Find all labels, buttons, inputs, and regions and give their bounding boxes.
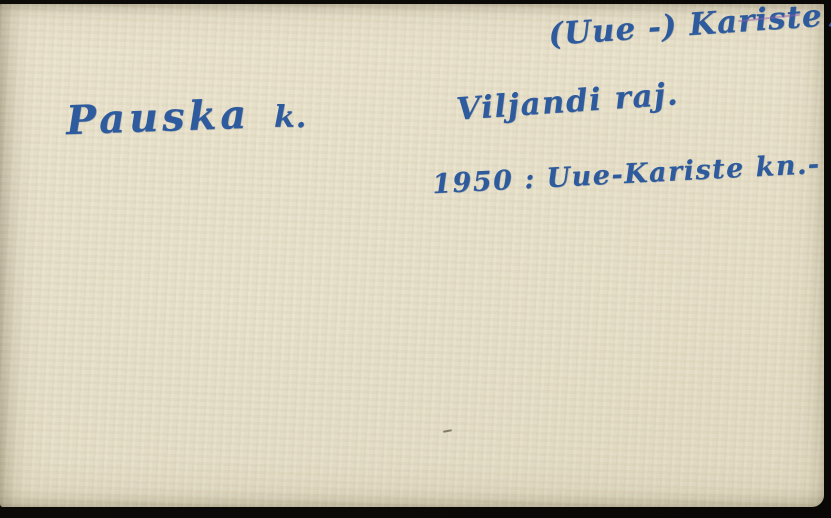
place-type-abbreviation: k. (274, 100, 307, 135)
place-name: Pauska (65, 91, 251, 144)
corner-annotation-text: (Uue -) Kariste (547, 0, 824, 53)
index-card: (Uue -) Karistekn. Pauska k. Viljandi ra… (0, 4, 824, 507)
small-pencil-dash (443, 429, 452, 433)
district-name: Viljandi raj. (455, 76, 680, 127)
history-note: 1950 : Uue-Kariste kn.- (Rim.) (432, 143, 831, 200)
corner-annotation: (Uue -) Karistekn. (547, 0, 831, 53)
